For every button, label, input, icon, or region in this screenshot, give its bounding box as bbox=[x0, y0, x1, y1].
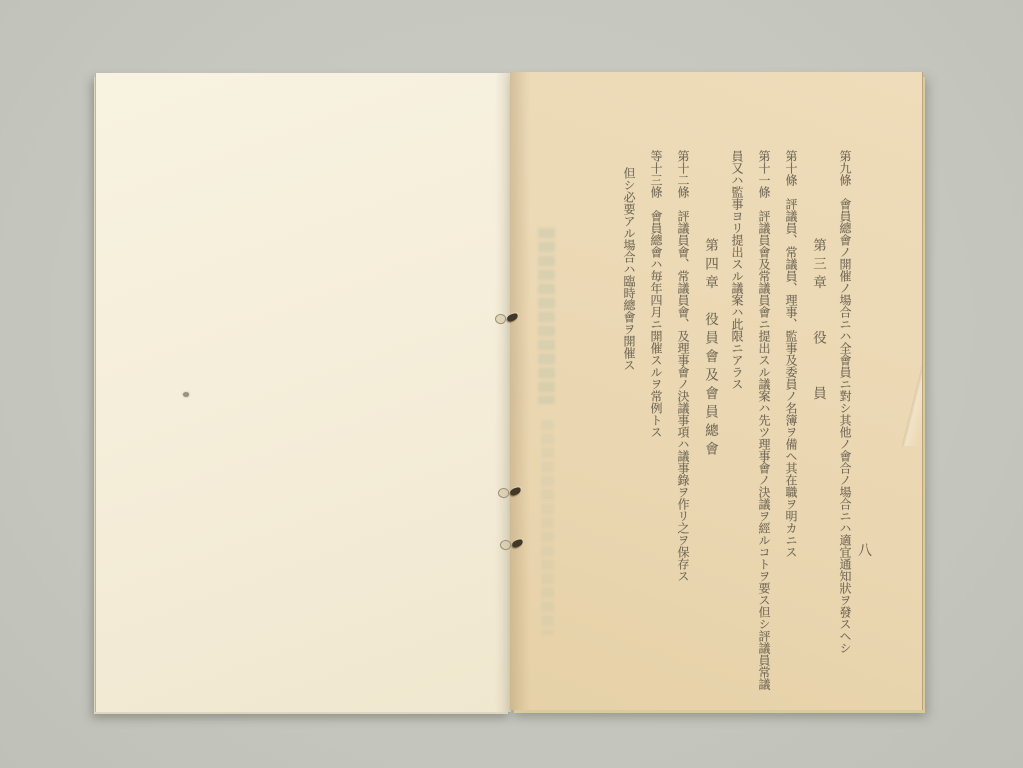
text-column-proviso: 但シ必要アル場合ハ臨時總會ヲ開催ス bbox=[621, 150, 636, 628]
open-booklet: 第九條 會員總會ノ開催ノ場合ニハ全會員ニ對シ其他ノ會合ノ場合ニハ適宜通知狀ヲ發ス… bbox=[95, 72, 922, 712]
staple-mark-bottom bbox=[499, 538, 525, 552]
text-column-article: 第十條 評議員、常議員、理事、監事及委員ノ名簿ヲ備ヘ其在職ヲ明カニス bbox=[783, 150, 798, 628]
fore-edge-crease bbox=[896, 354, 922, 446]
staple-mark-top bbox=[494, 312, 520, 326]
text-column-article: 第十二條 評議員會、常議員會、及理事會ノ決議事項ハ議事錄ヲ作リ之ヲ保存ス bbox=[675, 150, 690, 628]
text-column-heading: 第四章 役員會及會員總會 bbox=[702, 150, 717, 628]
text-column-article: 第九條 會員總會ノ開催ノ場合ニハ全會員ニ對シ其他ノ會合ノ場合ニハ適宜通知狀ヲ發ス… bbox=[837, 150, 852, 628]
scan-background: 第九條 會員總會ノ開催ノ場合ニハ全會員ニ對シ其他ノ會合ノ場合ニハ適宜通知狀ヲ發ス… bbox=[0, 0, 1023, 768]
vertical-text-block: 第九條 會員總會ノ開催ノ場合ニハ全會員ニ對シ其他ノ會合ノ場合ニハ適宜通知狀ヲ發ス… bbox=[609, 150, 852, 628]
right-page: 第九條 會員總會ノ開催ノ場合ニハ全會員ニ對シ其他ノ會合ノ場合ニハ適宜通知狀ヲ發ス… bbox=[510, 72, 923, 710]
text-column-article: 等十三條 會員總會ハ毎年四月ニ開催スルヲ常例トス bbox=[648, 150, 663, 628]
staple-mark-middle bbox=[497, 486, 523, 500]
ink-showthrough-upper bbox=[538, 228, 555, 404]
page-number: 八 bbox=[858, 540, 872, 560]
paper-stain bbox=[182, 391, 189, 398]
text-column-article: 第十一條 評議員會及常議員會ニ提出スル議案ハ先ツ理事會ノ決議ヲ經ルコトヲ要ス但シ… bbox=[756, 150, 771, 628]
text-column-continuation: 員又ハ監事ヨリ提出スル議案ハ此限ニアラス bbox=[729, 150, 744, 628]
ink-showthrough-lower bbox=[541, 420, 554, 635]
left-page-blank bbox=[95, 73, 511, 712]
text-column-heading: 第三章 役 員 bbox=[810, 150, 825, 628]
